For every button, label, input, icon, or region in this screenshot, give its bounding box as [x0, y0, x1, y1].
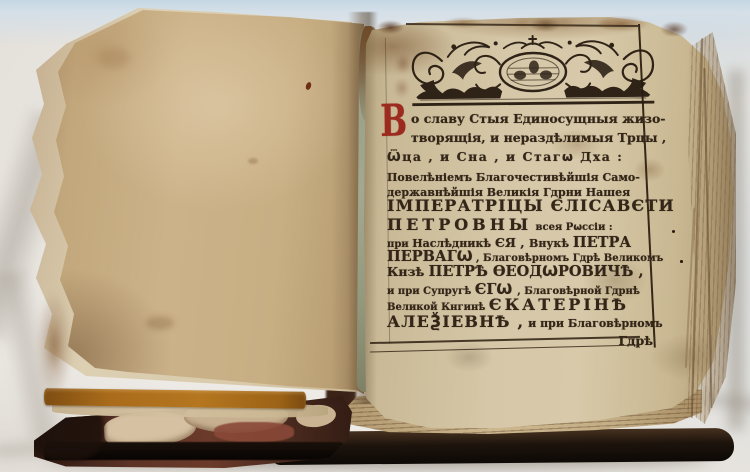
cover-leather-patch	[214, 422, 294, 442]
stain	[146, 316, 174, 330]
text-line: Повелѣніемъ Благочестивѣйшія Само-	[387, 168, 653, 183]
orange-page-edge	[44, 388, 306, 409]
ink-show-through	[504, 17, 624, 31]
text-line: о славу Стыя Единосущныя жизо-	[387, 110, 653, 129]
edge-deterioration	[36, 290, 72, 400]
speck	[680, 260, 683, 263]
left-page	[38, 8, 364, 394]
text-line: ПЕТРОВНЫ всея Рѡссіи :	[387, 217, 653, 234]
stain	[98, 48, 130, 68]
text-line: Ѿца , и Сна , и Стагѡ Дха :	[387, 148, 653, 168]
text-line: АЛЕѮІЕВНѢ , и при Благовѣрномъ	[387, 314, 653, 332]
text-lines: о славу Стыя Единосущныя жизо-творящія, …	[387, 110, 653, 346]
ink-show-through	[390, 52, 416, 100]
text-line: при Наслѣдникѣ ЄЯ , Внукѣ ПЕТРА	[387, 234, 653, 248]
right-page-block: В о славу Стыя Единосущныя жизо-творящія…	[354, 8, 738, 434]
stain	[305, 81, 312, 90]
speck	[672, 230, 675, 233]
text-line: ПЕРВАГѠ , Благовѣрномъ Гдрѣ Великомъ	[387, 248, 653, 263]
headpiece-engraving	[408, 33, 659, 114]
stain	[248, 158, 258, 164]
text-line: Гдрѣ	[387, 332, 653, 346]
text-line: творящія, и нераздѣлимыя Трцы ,	[387, 129, 653, 148]
text-line: Кнзѣ ПЕТРѢ ѲЕОДѠРОВИЧѢ ,	[387, 263, 653, 281]
